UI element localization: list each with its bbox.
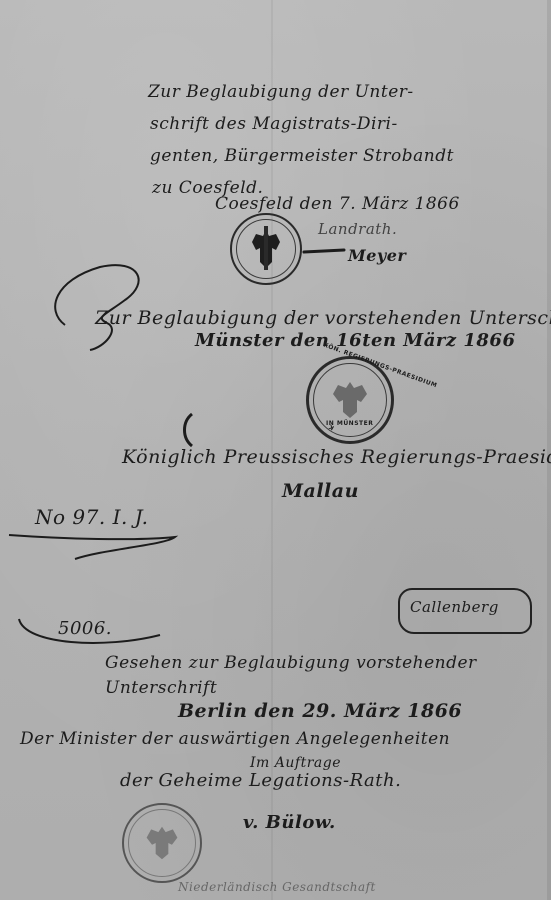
block1-line-1: Zur Beglaubigung der Unter- <box>148 82 414 102</box>
capital-z-flourish <box>45 255 155 355</box>
block2-place-date: Münster den 16ten März 1866 <box>195 330 515 351</box>
block3-line-2: Unterschrift <box>105 678 217 698</box>
block1-line-2: schrift des Magistrats-Diri- <box>150 114 398 134</box>
footer-note: Niederländisch Gesandtschaft <box>178 880 376 894</box>
block1-title: Landrath. <box>318 220 397 238</box>
block3-rank: der Geheime Legations-Rath. <box>120 770 401 791</box>
eagle-icon <box>329 378 371 422</box>
document-page: Zur Beglaubigung der Unter- schrift des … <box>0 0 551 900</box>
block3-number: 5006. <box>58 618 112 639</box>
block2-line-1: Zur Beglaubigung der vorstehenden Unters… <box>95 307 551 329</box>
block3-signature: v. Bülow. <box>243 812 336 833</box>
bracket-flourish <box>178 410 198 450</box>
block3-authority: Der Minister der auswärtigen Angelegenhe… <box>20 729 450 749</box>
block1-place-date: Coesfeld den 7. März 1866 <box>215 194 460 214</box>
block2-authority: Königlich Preussisches Regierungs-Praesi… <box>122 446 551 468</box>
block2-signature: Mallau <box>282 480 359 502</box>
block3-line-1: Gesehen zur Beglaubigung vorstehender <box>105 653 477 673</box>
reference-number: No 97. I. J. <box>35 505 149 529</box>
coesfeld-seal <box>230 213 302 285</box>
signature-dash <box>300 240 350 260</box>
block1-signature: Meyer <box>348 246 406 265</box>
block3-on-behalf: Im Auftrage <box>250 755 341 771</box>
berlin-seal <box>122 803 202 883</box>
eagle-icon <box>143 823 181 863</box>
block1-line-3: genten, Bürgermeister Strobandt <box>150 146 454 166</box>
boxed-signature: Callenberg <box>410 598 499 616</box>
eagle-icon <box>246 226 286 272</box>
block3-place-date: Berlin den 29. März 1866 <box>178 700 462 722</box>
reference-underline <box>5 525 185 565</box>
